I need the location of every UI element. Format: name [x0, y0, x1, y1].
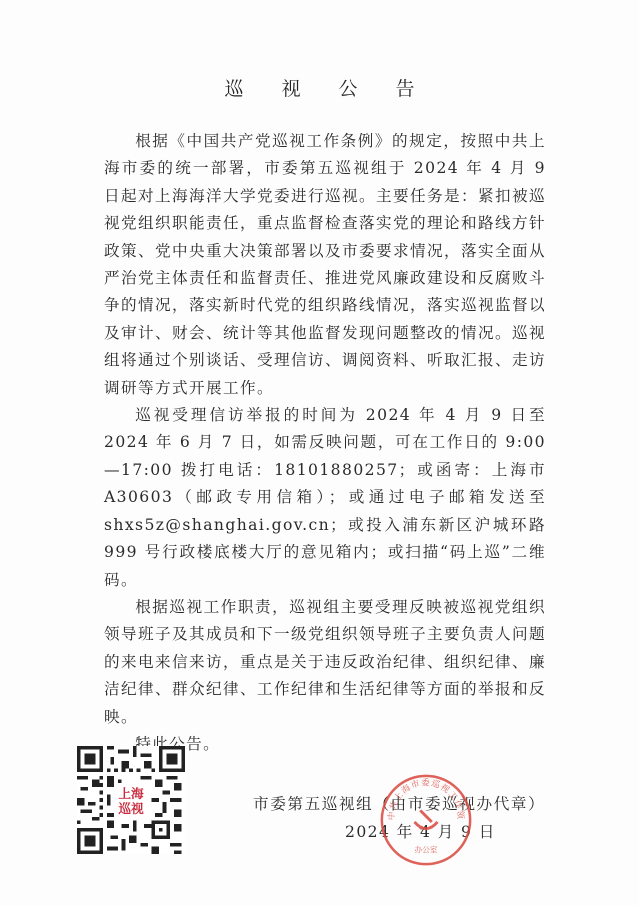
qr-code-image[interactable]: 上海 巡视 — [77, 746, 185, 854]
qr-code-icon: 上海 巡视 — [77, 746, 185, 854]
issue-date: 2024 年 4 月 9 日 — [345, 820, 496, 842]
qr-logo-line2: 巡视 — [117, 801, 144, 816]
paragraph-complaint-scope: 根据巡视工作职责，巡视组主要受理反映被巡视党组织领导班子及其成员和下一级党组织领… — [104, 594, 546, 731]
announcement-body: 根据《中国共产党巡视工作条例》的规定，按照中共上海市委的统一部署，市委第五巡视组… — [104, 128, 546, 758]
qr-logo-line1: 上海 — [118, 786, 144, 801]
document-title: 巡 视 公 告 — [0, 74, 639, 101]
signature: 市委第五巡视组（由市委巡视办代章） — [253, 792, 545, 814]
paragraph-inspection-scope: 根据《中国共产党巡视工作条例》的规定，按照中共上海市委的统一部署，市委第五巡视组… — [104, 128, 546, 402]
paragraph-contact-info: 巡视受理信访举报的时间为 2024 年 4 月 9 日至 2024 年 6 月 … — [104, 402, 546, 594]
svg-text:办公室: 办公室 — [414, 845, 437, 855]
